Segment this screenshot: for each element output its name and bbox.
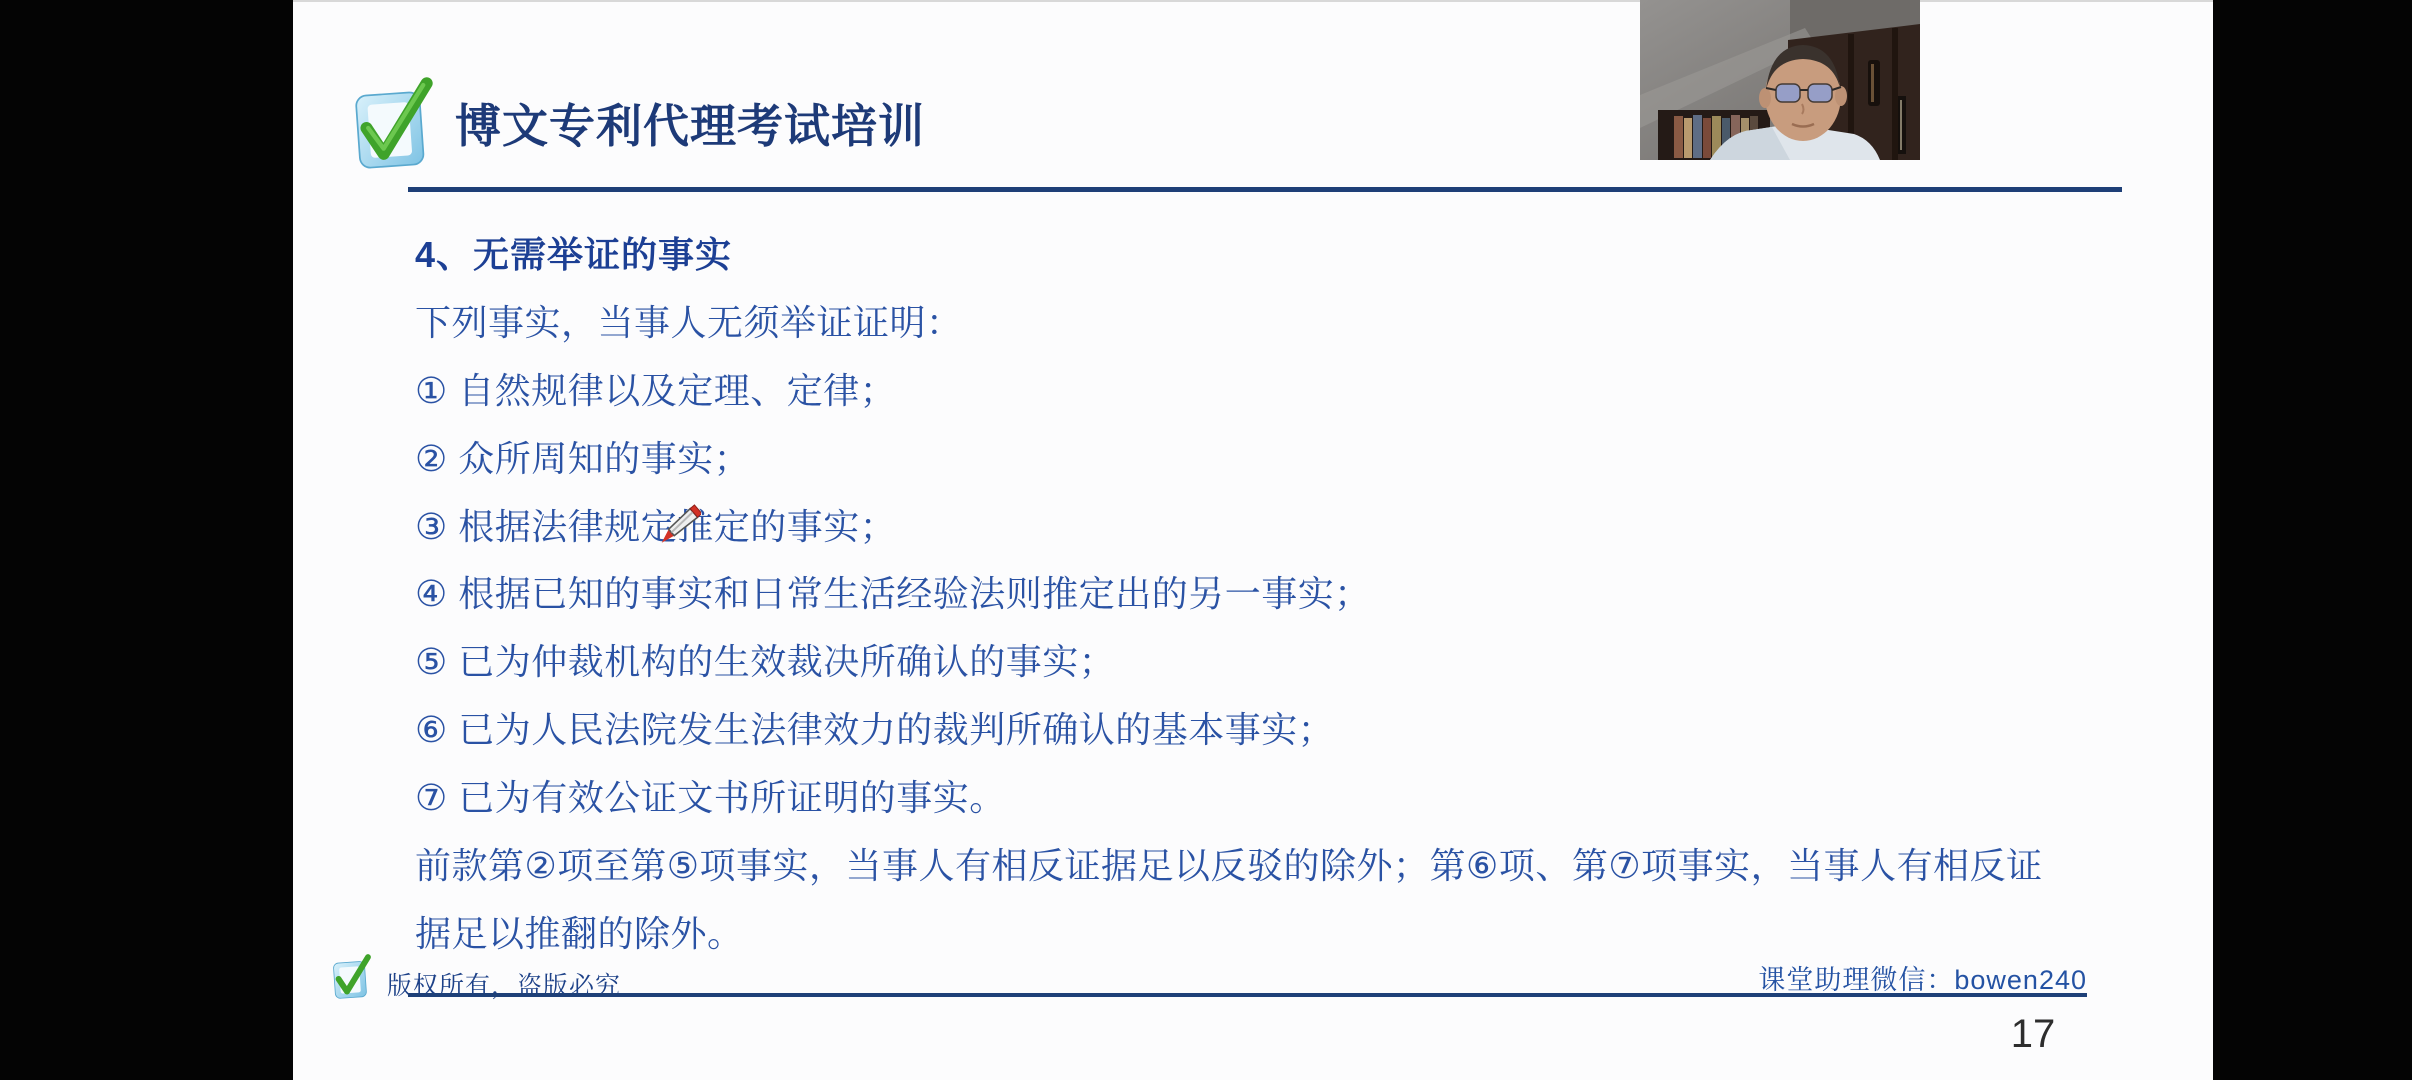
header-divider (408, 187, 2122, 192)
letterbox-left (0, 0, 293, 1080)
bowen-logo-icon (351, 74, 437, 170)
list-item: ④ 根据已知的事实和日常生活经验法则推定出的另一事实； (415, 560, 2150, 628)
intro-line: 下列事实，当事人无须举证证明： (415, 289, 2150, 357)
page-title: 博文专利代理考试培训 (455, 100, 925, 152)
course-name: 专利代理考试培训 (549, 100, 925, 152)
list-item: ⑥ 已为人民法院发生法律效力的裁判所确认的基本事实； (415, 696, 2150, 764)
page-number: 17 (1988, 1012, 2078, 1057)
presentation-slide: 博文专利代理考试培训 4、无需举证的事实 下列事实，当事人无须举证证明： ① 自… (293, 0, 2213, 1080)
list-item: ⑤ 已为仲裁机构的生效裁决所确认的事实； (415, 628, 2150, 696)
footer-divider (408, 993, 2087, 997)
letterbox-right (2213, 0, 2412, 1080)
list-item: ⑦ 已为有效公证文书所证明的事实。 (415, 764, 2150, 832)
assistant-wechat-text: 课堂助理微信：bowen240 (1758, 958, 2087, 997)
note-line: 前款第②项至第⑤项事实，当事人有相反证据足以反驳的除外；第⑥项、第⑦项事实，当事… (415, 832, 2150, 900)
bowen-logo-small-icon (331, 952, 373, 1000)
instructor-webcam-video (1640, 0, 1920, 160)
red-pencil-cursor-icon (659, 502, 701, 548)
list-item: ① 自然规律以及定理、定律； (415, 357, 2150, 425)
slide-content: 4、无需举证的事实 下列事实，当事人无须举证证明： ① 自然规律以及定理、定律；… (415, 221, 2150, 968)
section-heading: 4、无需举证的事实 (415, 221, 2150, 289)
video-frame: 博文专利代理考试培训 4、无需举证的事实 下列事实，当事人无须举证证明： ① 自… (0, 0, 2412, 1080)
list-item: ② 众所周知的事实； (415, 425, 2150, 493)
brand-name: 博文 (455, 100, 549, 152)
